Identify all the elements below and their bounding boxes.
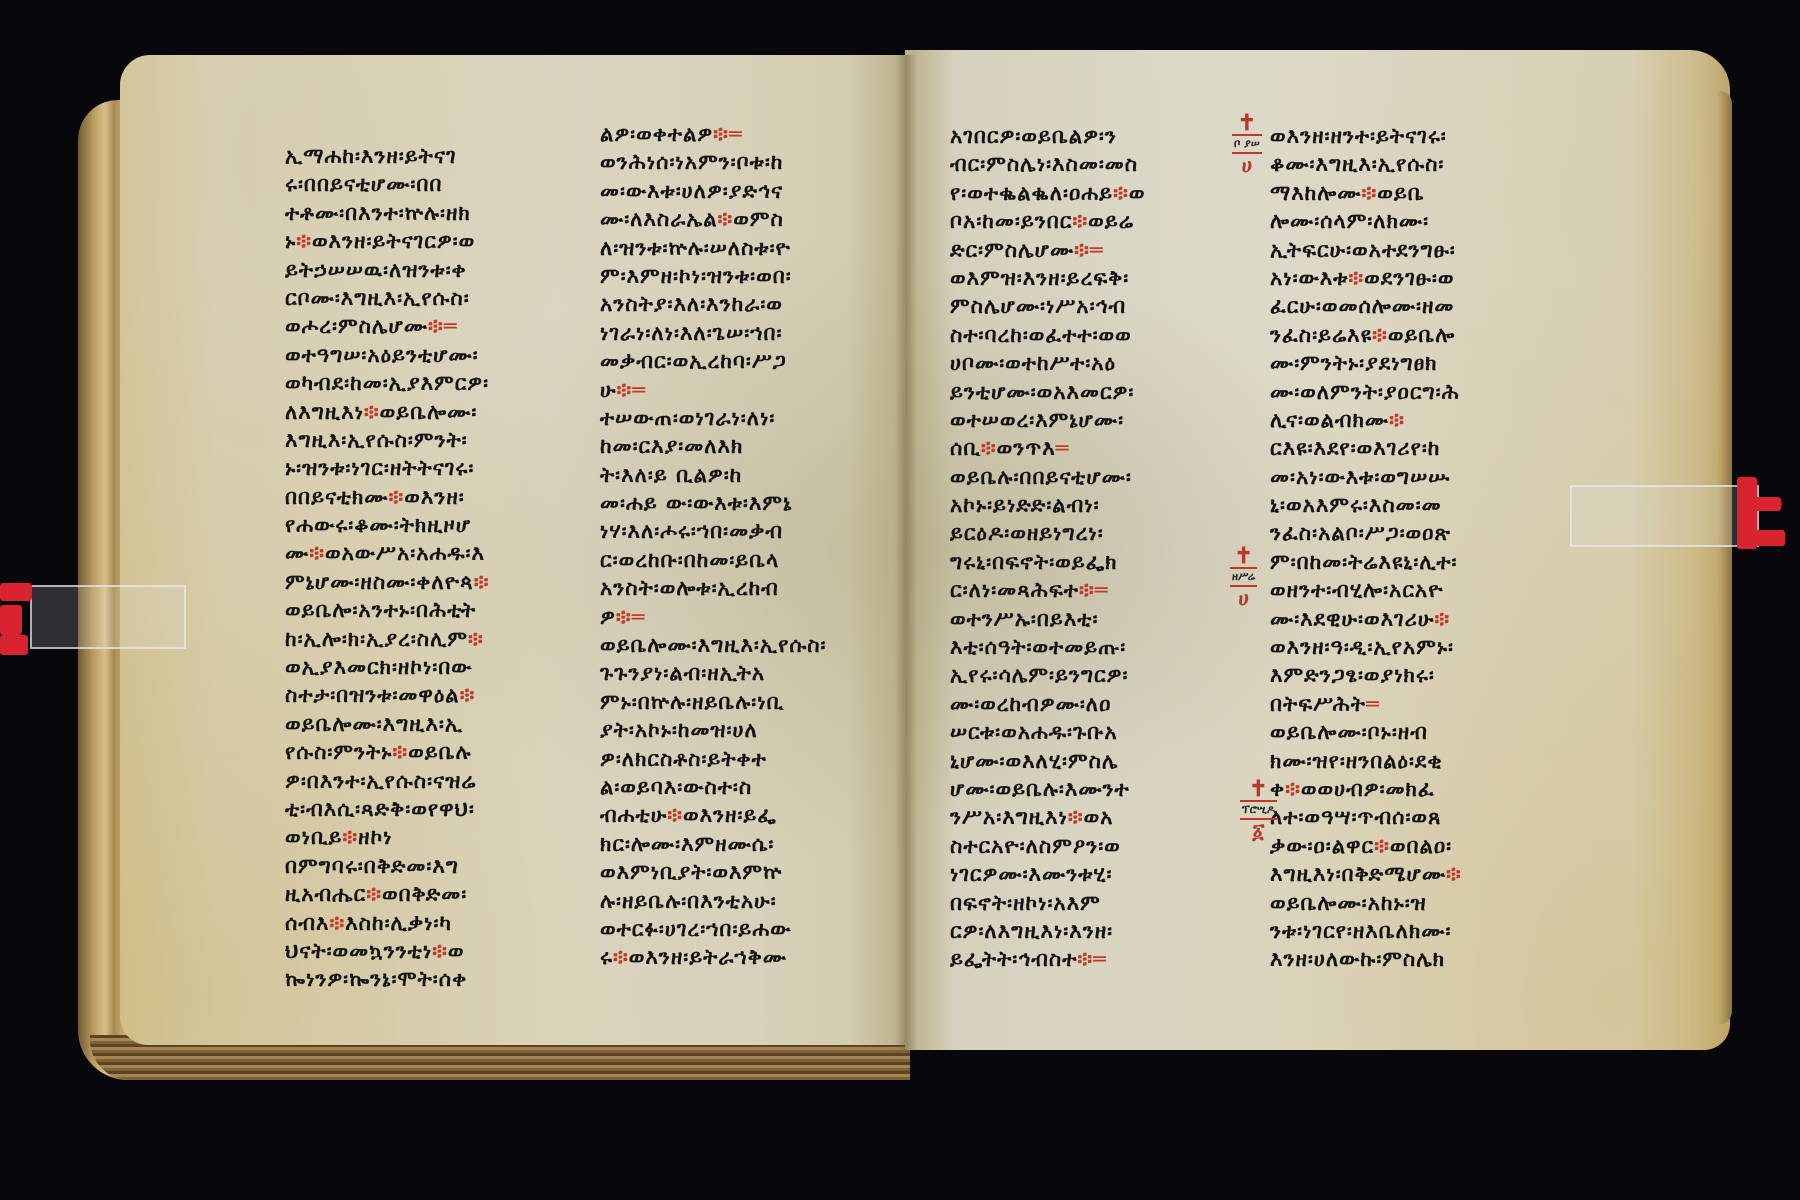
rubric-mark: ፨ xyxy=(432,939,448,963)
text-line: በትፍሥሕት═ xyxy=(1270,690,1462,718)
text-line: ሩ፡በበይናቲሆሙ፡በበ xyxy=(285,170,490,198)
text-line: እምድንጋፄ፡ወያነክሩ፡ xyxy=(1270,661,1462,689)
text-line: እግዚእነ፡በቅድሜሆሙ፨ xyxy=(1270,860,1462,888)
rubric-mark: ═ xyxy=(1093,947,1107,971)
text-line: ኰነንዎ፡ኰንኔ፡ሞት፡ሰቀ xyxy=(285,965,490,993)
text-line: ወሖረ፡ምስሌሆሙ፨═ xyxy=(285,312,490,340)
rubric-mark: ፨ xyxy=(392,740,408,764)
text-line: የሱስ፡ምንትኑ፨ወይቤሉ xyxy=(285,738,490,766)
rubric-mark: ፨ xyxy=(1072,209,1088,233)
text-line: ወይቤሉ፡በበይናቲሆሙ፡ xyxy=(950,463,1145,491)
text-line: ሀቦሙ፡ወተከሥተ፡አዕ xyxy=(950,349,1145,377)
cross-icon: ✝ xyxy=(1230,545,1257,567)
text-line: ክሙ፡ዝየ፡ዘንበልዕ፡ደቂ xyxy=(1270,747,1462,775)
rubric-mark: ፨ xyxy=(1068,805,1084,829)
text-line: ይፌትት፡ኅብስተ፨═ xyxy=(950,945,1145,973)
rubric-mark: ፨ xyxy=(981,436,997,460)
rubric-mark: ═ xyxy=(1056,436,1070,460)
text-line: ማእከሎሙ፨ወይቤ xyxy=(1270,179,1462,207)
text-line: ቆሙ፡እግዚእ፡ኢየሱስ፡ xyxy=(1270,150,1462,178)
text-line: ለ፡ዝንቱ፡ኵሉ፡ሠለስቱ፡ዮ xyxy=(600,234,827,262)
text-line: ወተርፉ፡ሀገረ፡ኀበ፡ይሐው xyxy=(600,915,827,943)
rubric-mark: ፨ xyxy=(342,825,358,849)
text-line: ሙ፡ወረከብዎሙ፡ለዐ xyxy=(950,690,1145,718)
text-line: አነ፡ውእቱ፨ወደንገፁ፡ወ xyxy=(1270,264,1462,292)
text-line: ወንሕነሰ፡ነአምን፡ቦቱ፡ከ xyxy=(600,148,827,176)
text-line: ኒ፡ወአእምሩ፡እስመ፡መ xyxy=(1270,491,1462,519)
rubric-mark: ፨ xyxy=(1348,266,1364,290)
text-line: ግሩኒ፡በፍኖት፡ወይፌክ xyxy=(950,548,1145,576)
rubric-mark: ፨ xyxy=(1285,777,1301,801)
text-line: ወዘንተ፡ብሂሎ፡አርአዮ xyxy=(1270,576,1462,604)
text-line: ቲ፡ብእሲ፡ጻድቅ፡ወየዋህ፡ xyxy=(285,795,490,823)
rubric-mark: ፨ xyxy=(474,570,490,594)
text-line: ቦአ፡ከመ፡ይንበር፨ወይሬ xyxy=(950,207,1145,235)
rubric-mark: ፨ xyxy=(1113,181,1129,205)
text-line: ወኢያእመርክ፡ዘኮነ፡በው xyxy=(285,653,490,681)
text-line: ለተ፡ወዓሣ፡ጥብሰ፡ወጸ xyxy=(1270,803,1462,831)
rubric-mark: ፨ xyxy=(468,627,484,651)
rubric-mark: ፨ xyxy=(366,882,382,906)
rubric-mark: ፨ xyxy=(1434,607,1450,631)
text-line: ተቶሙ፡በእንተ፡ኵሉ፡ዘክ xyxy=(285,199,490,227)
text-line: መ፡ሐይ ው፡ውእቱ፡እምኔ xyxy=(600,489,827,517)
right-red-clip-arm-bottom xyxy=(1755,530,1785,546)
right-page-column-3: አገበርዎ፡ወይቤልዎ፡ንብር፡ምስሌነ፡እስመ፡መስየ፡ወተቈልቈለ፡ዐሐይ፨… xyxy=(950,122,1145,974)
rubric-mark: ═ xyxy=(1095,578,1109,602)
gutter xyxy=(895,55,917,1050)
text-line: ይርዕዶ፡ወዘይነግረነ፡ xyxy=(950,519,1145,547)
right-acrylic-slide xyxy=(1570,485,1759,547)
rubric-mark: ፨ xyxy=(667,803,683,827)
text-line: ኢየሩ፡ሳሌም፡ይንግርዎ፡ xyxy=(950,661,1145,689)
text-line: ወይቤሎሙ፡አከኑ፡ዝ xyxy=(1270,889,1462,917)
right-page-edge xyxy=(1718,90,1732,1025)
rubric-mark: ፨ xyxy=(617,378,633,402)
text-line: በምግባሩ፡በቅድመ፡እግ xyxy=(285,852,490,880)
text-line: ጉጉንያነ፡ልብ፡ዘኢትአ xyxy=(600,659,827,687)
rubric-mark: ፨ xyxy=(718,207,734,231)
text-line: ል፡ወይባእ፡ውስተ፡ስ xyxy=(600,773,827,801)
text-line: ያት፡አኮኑ፡ከመዝ፡ሀለ xyxy=(600,716,827,744)
text-line: ሉ፡ዘይቤሉ፡በእንቲአሁ፡ xyxy=(600,887,827,915)
left-page-column-1: ኢማሐከ፡እንዘ፡ይትናገሩ፡በበይናቲሆሙ፡በበተቶሙ፡በእንተ፡ኵሉ፡ዘክኑ… xyxy=(285,142,490,994)
text-line: ት፡እለ፡ይ ቢልዎ፡ከ xyxy=(600,461,827,489)
text-line: ሰቢ፨ወንጥእ═ xyxy=(950,434,1145,462)
text-line: ተሠውጠ፡ወነገራነ፡ለነ፡ xyxy=(600,404,827,432)
cross-icon: ✝ xyxy=(1240,778,1277,800)
text-line: ወይቤሎ፡አንተኑ፡በሕቲት xyxy=(285,596,490,624)
rubric-mark: ፨ xyxy=(713,122,729,146)
text-line: ዎ፡ለክርስቶስ፡ይትቀተ xyxy=(600,745,827,773)
text-line: ወእንዘ፡ዓ፡ዲ፡ኢየአምኑ፡ xyxy=(1270,633,1462,661)
text-line: ሠርቱ፡ወአሐዱ፡ጉቡአ xyxy=(950,718,1145,746)
text-line: ሎሙ፡ሰላም፡ለክሙ፡ xyxy=(1270,207,1462,235)
text-line: ንሥአ፡እግዚእነ፨ወአ xyxy=(950,803,1145,831)
rubric-mark: ═ xyxy=(1366,692,1380,716)
text-line: ፈርሁ፡ወመሰሎሙ፡ዘመ xyxy=(1270,292,1462,320)
rubric-mark: ፨ xyxy=(1079,578,1095,602)
text-line: ነገራነ፡ለነ፡እለ፡ጌሠ፡ኀበ፡ xyxy=(600,319,827,347)
text-line: ሆሙ፡ወይቤሉ፡እሙንተ xyxy=(950,775,1145,803)
text-line: ምስሌሆሙ፡ነሥአ፡ኅብ xyxy=(950,292,1145,320)
text-line: ወይቤሎሙ፡እግዚእ፡ኢ xyxy=(285,710,490,738)
left-red-clip-middle xyxy=(0,605,22,635)
text-line: ወተዓግሠ፡አዕይንቲሆሙ፡ xyxy=(285,341,490,369)
text-line: ም፡በከመ፡ትሬእዩኒ፡ሊተ፡ xyxy=(1270,548,1462,576)
text-line: ወእምነቢያት፡ወእምኵ xyxy=(600,858,827,886)
text-line: ኢማሐከ፡እንዘ፡ይትናገ xyxy=(285,142,490,170)
cross-icon: ✝ xyxy=(1232,112,1262,134)
rubric-mark: ፨ xyxy=(1077,947,1093,971)
text-line: እንዘ፡ሀለውኩ፡ምስሌክ xyxy=(1270,945,1462,973)
text-line: አንስትያ፡እለ፡እንከራ፡ወ xyxy=(600,290,827,318)
right-red-clip-arm-top xyxy=(1755,497,1781,511)
text-line: ንፈስ፡ይሬእዩ፨ወይቤሎ xyxy=(1270,321,1462,349)
text-line: ም፡እምዘ፡ኮነ፡ዝንቱ፡ወበ፡ xyxy=(600,262,827,290)
rubric-mark: ፨ xyxy=(616,605,632,629)
text-line: እግዚእ፡ኢየሱስ፡ምንት፡ xyxy=(285,426,490,454)
margin-note-2: ✝ ዘሥሬ ሀ xyxy=(1230,545,1257,609)
text-line: እቲ፡ሰዓት፡ወተመይጡ፡ xyxy=(950,633,1145,661)
text-line: ለእግዚእነ፨ወይቤሎሙ፡ xyxy=(285,398,490,426)
text-line: በፍኖት፡ዘኮነ፡አእም xyxy=(950,889,1145,917)
text-line: ወተሠወረ፡እምኔሆሙ፡ xyxy=(950,406,1145,434)
text-line: ስተ፡ባረከ፡ወፈተተ፡ወወ xyxy=(950,321,1145,349)
text-line: ንቱ፡ነገርየ፡ዘእቤለክሙ፡ xyxy=(1270,917,1462,945)
text-line: ምኑ፡በኵሉ፡ዘይቤሉ፡ነቢ xyxy=(600,688,827,716)
text-line: ይንቲሆሙ፡ወአእመርዎ፡ xyxy=(950,378,1145,406)
rubric-mark: ፨ xyxy=(1074,238,1090,262)
text-line: ወነቢይ፨ዘኮነ xyxy=(285,823,490,851)
text-line: ወእንዘ፡ዘንተ፡ይትናገሩ፡ xyxy=(1270,122,1462,150)
rubric-mark: ፨ xyxy=(1372,323,1388,347)
rubric-mark: ፨ xyxy=(1362,181,1378,205)
right-page-column-4: ወእንዘ፡ዘንተ፡ይትናገሩ፡ቆሙ፡እግዚእ፡ኢየሱስ፡ማእከሎሙ፨ወይቤሎሙ፡… xyxy=(1270,122,1462,974)
text-line: ቃው፡ዐ፡ልዋር፨ወበልዐ፡ xyxy=(1270,832,1462,860)
text-line: መ፡ውእቱ፡ሀለዎ፡ያድኅና xyxy=(600,177,827,205)
text-line: ከመ፡ርእያ፡መለእክ xyxy=(600,432,827,460)
rubric-mark: ═ xyxy=(444,314,458,338)
text-line: ወይቤሎሙ፡ቦኑ፡ዘብ xyxy=(1270,718,1462,746)
rubric-mark: ፨ xyxy=(1446,862,1462,886)
text-line: ልዎ፡ወቀተልዎ፨═ xyxy=(600,120,827,148)
rubric-mark: ፨ xyxy=(309,541,325,565)
text-line: ኒሆሙ፡ወእለሂ፡ምስሌ xyxy=(950,747,1145,775)
text-line: ዎ፡በእንተ፡ኢየሱስ፡ናዝሬ xyxy=(285,767,490,795)
text-line: ክር፡ሎሙ፡እምዘሙሴ፡ xyxy=(600,830,827,858)
text-line: ሙ፡ምንትኑ፡ያደነግፀክ xyxy=(1270,349,1462,377)
text-line: በበይናቲክሙ፨ወእንዘ፡ xyxy=(285,483,490,511)
text-line: አንስት፡ወሎቱ፡ኢረከብ xyxy=(600,574,827,602)
text-line: አገበርዎ፡ወይቤልዎ፡ን xyxy=(950,122,1145,150)
text-line: የ፡ወተቈልቈለ፡ዐሐይ፨ወ xyxy=(950,179,1145,207)
rubric-mark: ፨ xyxy=(296,229,312,253)
text-line: ዚአብሔር፨ወበቅድመ፡ xyxy=(285,880,490,908)
rubric-mark: ═ xyxy=(632,605,646,629)
text-line: ርዎ፡ለእግዚእነ፡እንዘ፡ xyxy=(950,917,1145,945)
text-line: የሐውሩ፡ቆሙ፡ትክዚዞሆ xyxy=(285,511,490,539)
text-line: ር፡ወረከቡ፡በከመ፡ይቤላ xyxy=(600,546,827,574)
rubric-mark: ፨ xyxy=(460,683,476,707)
text-line: ብር፡ምስሌነ፡እስመ፡መስ xyxy=(950,150,1145,178)
rubric-mark: ፨ xyxy=(613,945,629,969)
text-line: ወካብደ፡ከመ፡ኢያእምርዎ፡ xyxy=(285,369,490,397)
text-line: ነገርዎሙ፡እሙንቱሂ፡ xyxy=(950,860,1145,888)
left-acrylic-slide xyxy=(30,585,186,649)
right-red-clip-post xyxy=(1737,477,1757,549)
text-line: ሙ፨ወአውሥአ፡አሐዱ፡እ xyxy=(285,539,490,567)
text-line: ር፡ለነ፡መጻሕፍተ፨═ xyxy=(950,576,1145,604)
text-line: መ፡አነ፡ውእቱ፡ወግሠሡ xyxy=(1270,463,1462,491)
rubric-mark: ፨ xyxy=(329,911,345,935)
text-line: ሊና፡ወልብክሙ፨ xyxy=(1270,406,1462,434)
text-line: ኑ፨ወእንዘ፡ይትናገርዎ፡ወ xyxy=(285,227,490,255)
text-line: ሙ፡ለእስራኤል፨ወምስ xyxy=(600,205,827,233)
text-line: ስተርአዮ፡ለስምዖን፡ወ xyxy=(950,832,1145,860)
margin-note-1: ✝ ቦ ያሠ ሀ xyxy=(1232,112,1262,176)
text-line: ብሐቲሁ፨ወእንዘ፡ይፌ xyxy=(600,801,827,829)
rubric-mark: ═ xyxy=(1090,238,1104,262)
text-line: አኮኑ፡ይነድድ፡ልብነ፡ xyxy=(950,491,1145,519)
rubric-mark: ═ xyxy=(729,122,743,146)
margin-note-3: ✝ ፕሮሢዶ ፩ xyxy=(1240,778,1277,842)
text-line: መቃብር፡ወኢረከባ፡ሥጋ xyxy=(600,347,827,375)
rubric-mark: ፨ xyxy=(1374,834,1390,858)
rubric-mark: ፨ xyxy=(364,400,380,424)
text-line: ሙ፡ወለምንት፡ያዐርግ፡ሕ xyxy=(1270,378,1462,406)
text-line: ንፈስ፡አልቦ፡ሥጋ፡ወዐጽ xyxy=(1270,519,1462,547)
text-line: ዎ፨═ xyxy=(600,603,827,631)
rubric-mark: ፨ xyxy=(1389,408,1405,432)
text-line: ሰብእ፨እስከ፡ሊቃነ፡ካ xyxy=(285,909,490,937)
text-line: ሁ፨═ xyxy=(600,376,827,404)
left-page-column-2: ልዎ፡ወቀተልዎ፨═ወንሕነሰ፡ነአምን፡ቦቱ፡ከመ፡ውእቱ፡ሀለዎ፡ያድኅናሙ… xyxy=(600,120,827,972)
text-line: ነሃ፡እለ፡ሖሩ፡ኀበ፡መቃብ xyxy=(600,517,827,545)
text-line: ርቦሙ፡እግዚእ፡ኢየሱስ፡ xyxy=(285,284,490,312)
text-line: ኢትፍርሁ፡ወአተደንግፁ፡ xyxy=(1270,236,1462,264)
left-red-clip-top xyxy=(0,583,32,601)
manuscript-photo: ኢማሐከ፡እንዘ፡ይትናገሩ፡በበይናቲሆሙ፡በበተቶሙ፡በእንተ፡ኵሉ፡ዘክኑ… xyxy=(0,0,1800,1200)
text-line: ወተንሥኡ፡በይእቲ፡ xyxy=(950,605,1145,633)
text-line: ቀ፨ወወሀብዎ፡መክፈ xyxy=(1270,775,1462,803)
text-line: ምኔሆሙ፡ዘስሙ፡ቀለዮጳ፨ xyxy=(285,568,490,596)
text-line: ወይቤሎሙ፡እግዚእ፡ኢየሱስ፡ xyxy=(600,631,827,659)
text-line: ህናት፡ወመኳንንቲነ፨ወ xyxy=(285,937,490,965)
text-line: ወእምዝ፡እንዘ፡ይረፍቅ፡ xyxy=(950,264,1145,292)
text-line: ርእዩ፡እደየ፡ወእገሪየ፡ከ xyxy=(1270,434,1462,462)
rubric-mark: ፨ xyxy=(389,485,405,509)
text-line: ይትኃሠሠዉ፡ለዝንቱ፡ቀ xyxy=(285,256,490,284)
text-line: ሩ፨ወእንዘ፡ይትራኀቅሙ xyxy=(600,943,827,971)
rubric-mark: ═ xyxy=(632,378,646,402)
left-red-clip-bottom xyxy=(0,635,28,655)
text-line: ስተታ፡በዝንቱ፡መዋዕል፨ xyxy=(285,681,490,709)
text-line: ኑ፡ዝንቱ፡ነገር፡ዘትትናገሩ፡ xyxy=(285,454,490,482)
text-line: ከ፡ኢሎ፡ክ፡ኢያረ፡ስሊም፨ xyxy=(285,625,490,653)
text-line: ሙ፡እደዊሁ፡ወእገሪሁ፨ xyxy=(1270,605,1462,633)
text-line: ድር፡ምስሌሆሙ፨═ xyxy=(950,236,1145,264)
rubric-mark: ፨ xyxy=(428,314,444,338)
